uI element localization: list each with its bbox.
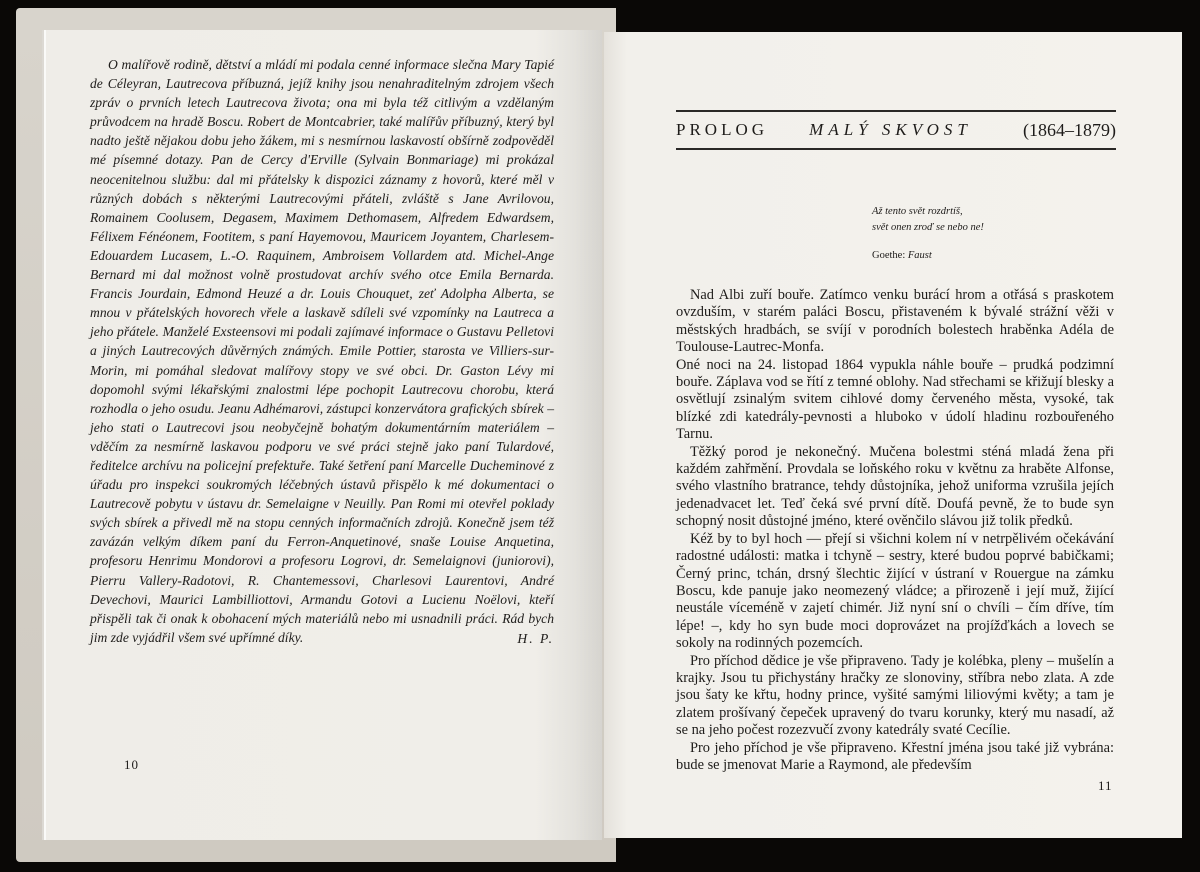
author-initials: H. P.	[90, 631, 554, 647]
acknowledgements-paragraph: O malířově rodině, dětství a mládí mi po…	[90, 55, 554, 647]
acknowledgements-text: O malířově rodině, dětství a mládí mi po…	[90, 55, 554, 647]
chapter-years: (1864–1879)	[1023, 120, 1116, 141]
epigraph: Až tento svět rozdrtíš, svět onen zroď s…	[872, 204, 1112, 264]
body-paragraph: Těžký porod je nekonečný. Mučena bolestm…	[676, 444, 1114, 531]
epigraph-author: Goethe:	[872, 250, 908, 261]
body-paragraph: Nad Albi zuří bouře. Zatímco venku burác…	[676, 287, 1114, 357]
epigraph-line: Až tento svět rozdrtíš,	[872, 204, 1112, 220]
page-number-right: 11	[1098, 778, 1113, 794]
epigraph-work: Faust	[908, 250, 932, 261]
body-paragraph: Pro jeho příchod je vše připraveno. Křes…	[676, 740, 1114, 775]
chapter-header: PROLOG MALÝ SKVOST (1864–1879)	[676, 110, 1116, 150]
page-number-left: 10	[124, 757, 139, 773]
body-paragraph: Kéž by to byl hoch — přejí si všichni ko…	[676, 531, 1114, 653]
body-paragraph: Pro příchod dědice je vše připraveno. Ta…	[676, 653, 1114, 740]
chapter-title: MALÝ SKVOST	[809, 120, 972, 140]
body-paragraph: Oné noci na 24. listopad 1864 vypukla ná…	[676, 357, 1114, 444]
epigraph-line: svět onen zroď se nebo ne!	[872, 220, 1112, 236]
chapter-label: PROLOG	[676, 120, 768, 140]
epigraph-source: Goethe: Faust	[872, 248, 1112, 264]
prologue-body: Nad Albi zuří bouře. Zatímco venku burác…	[676, 287, 1114, 774]
